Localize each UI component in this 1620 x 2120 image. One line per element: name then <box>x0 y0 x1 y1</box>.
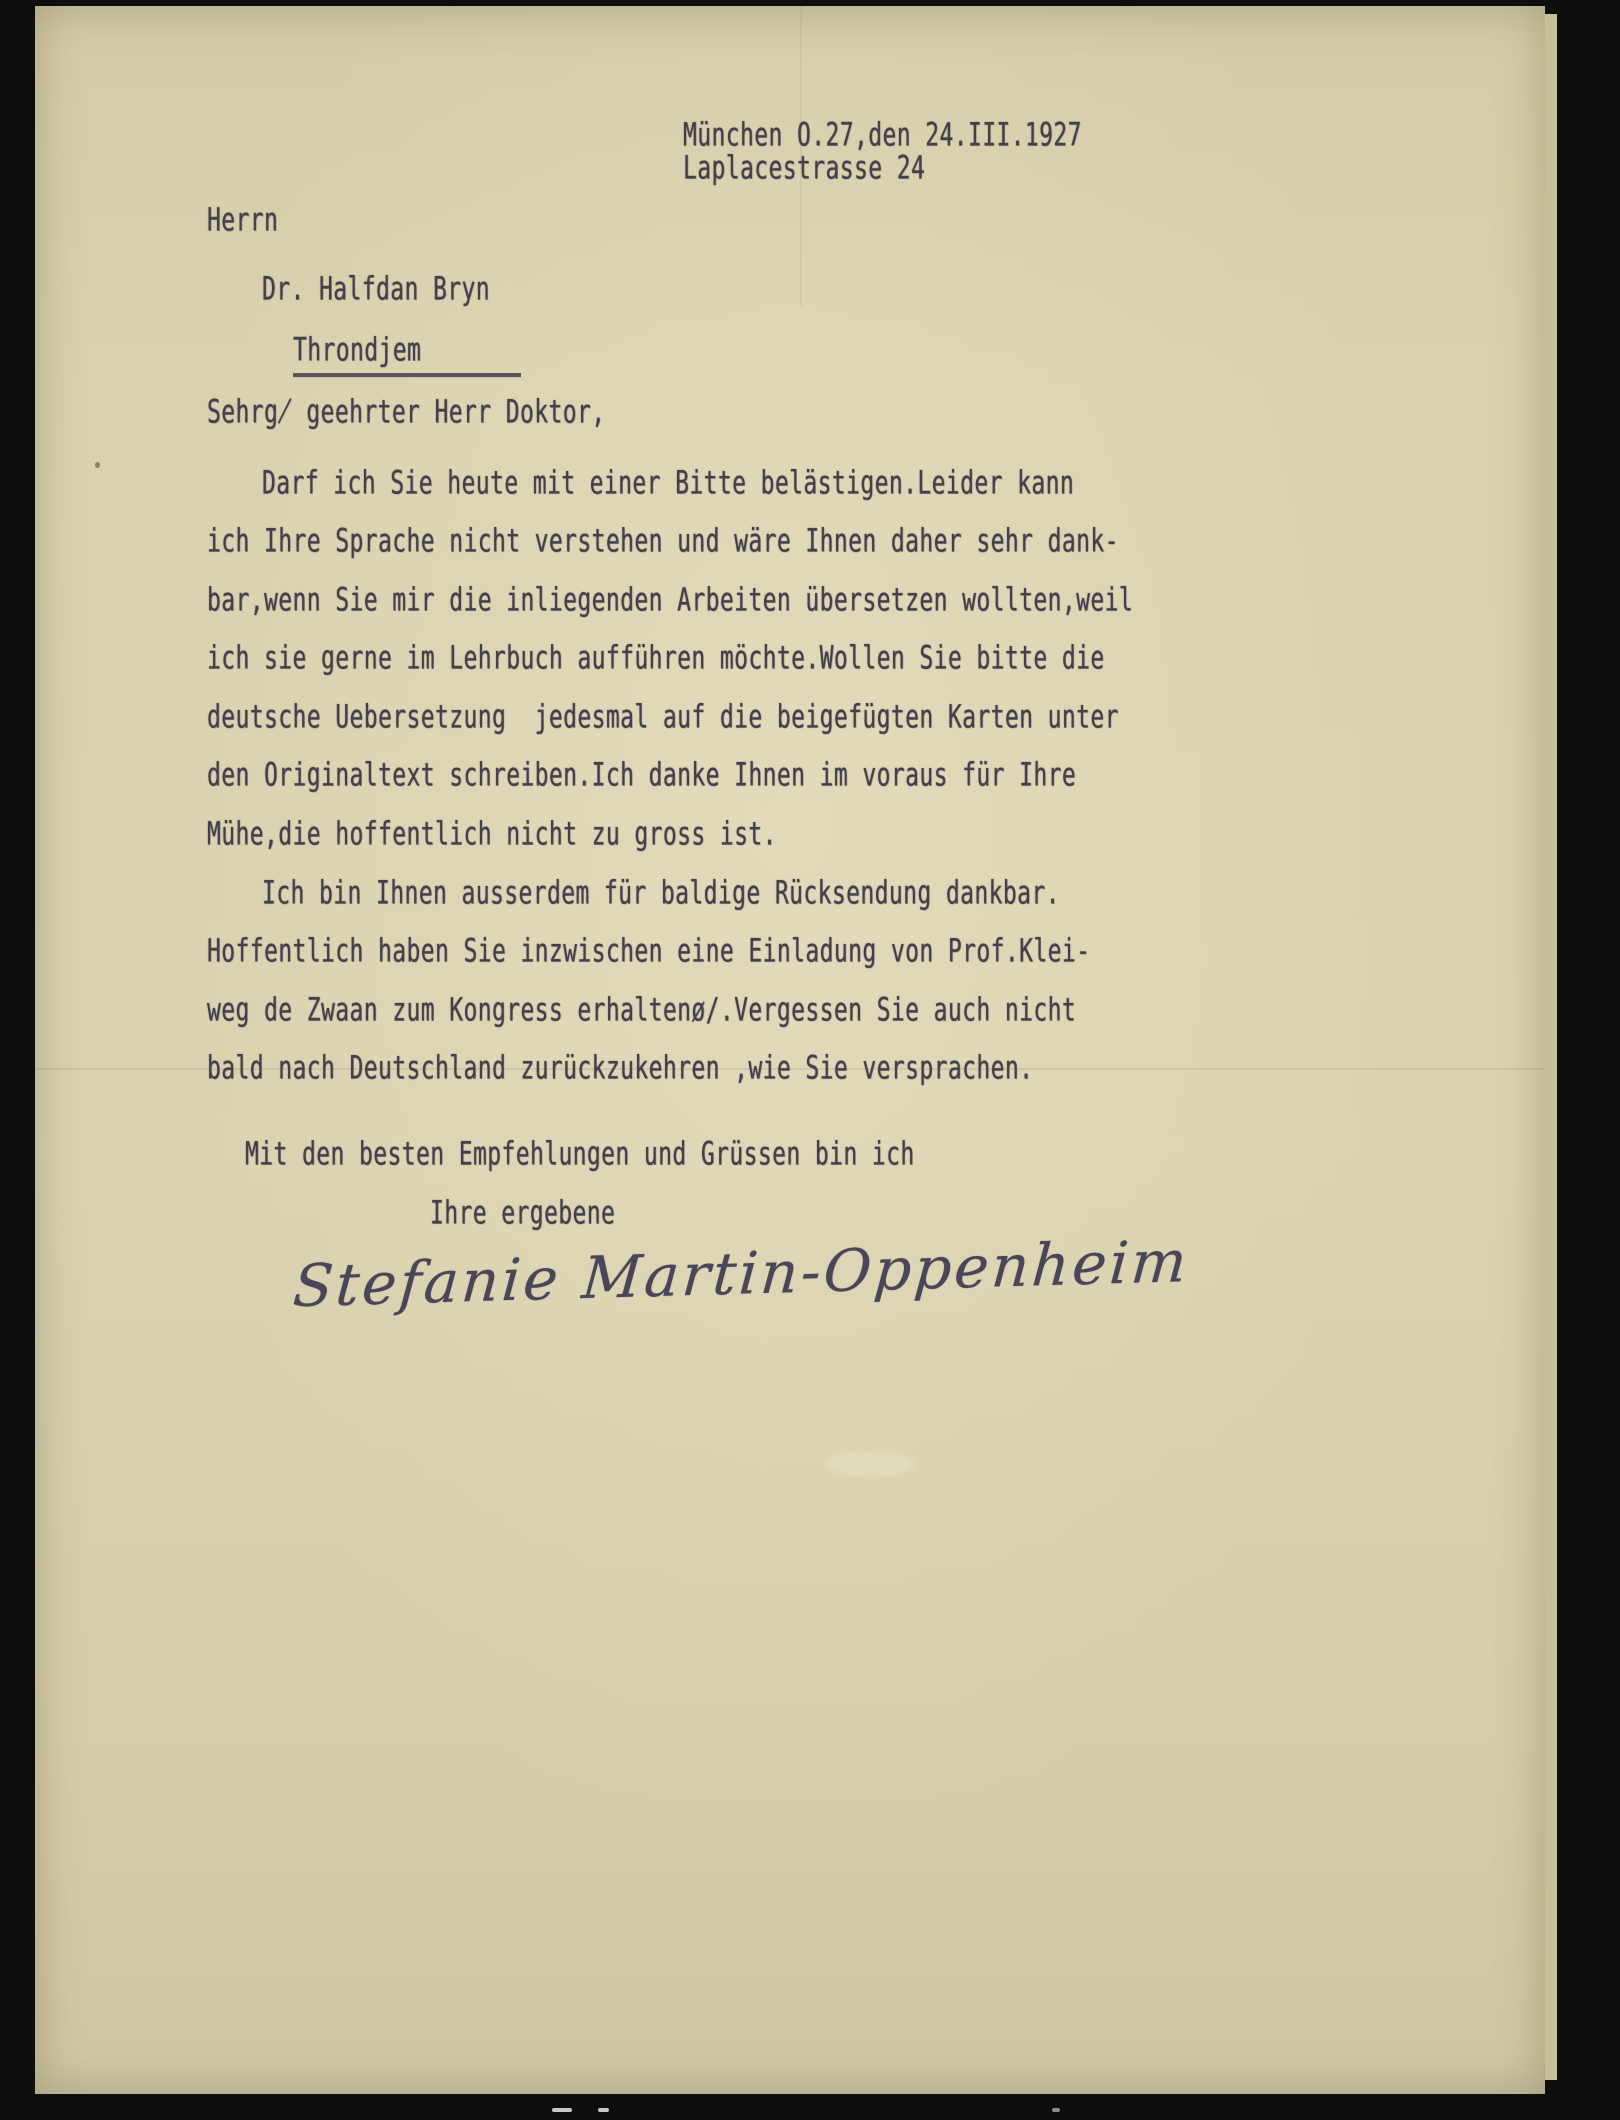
recipient-city: Throndjem <box>293 333 521 369</box>
body-line: Darf ich Sie heute mit einer Bitte beläs… <box>262 466 1074 502</box>
dateline-street: Laplacestrasse 24 <box>683 151 925 187</box>
body-line: ich Ihre Sprache nicht verstehen und wär… <box>207 524 1119 560</box>
body-line: Mühe,die hoffentlich nicht zu gross ist. <box>207 817 777 853</box>
body-line: Hoffentlich haben Sie inzwischen eine Ei… <box>207 934 1090 970</box>
letter-text-layer: München O.27,den 24.III.1927 Laplacestra… <box>0 0 1620 2120</box>
scan-background: München O.27,den 24.III.1927 Laplacestra… <box>0 0 1620 2120</box>
body-line: den Originaltext schreiben.Ich danke Ihn… <box>207 758 1076 794</box>
dateline-place-date: München O.27,den 24.III.1927 <box>683 118 1082 154</box>
valediction: Ihre ergebene <box>430 1196 615 1232</box>
body-line: ich sie gerne im Lehrbuch aufführen möch… <box>207 641 1105 677</box>
body-line: bar,wenn Sie mir die inliegenden Arbeite… <box>207 583 1133 619</box>
recipient-city-underlined: Throndjem <box>293 333 521 377</box>
closing-line: Mit den besten Empfehlungen und Grüssen … <box>245 1137 915 1173</box>
body-line: bald nach Deutschland zurückzukehren ,wi… <box>207 1051 1033 1087</box>
salutation: Sehrg̸ geehrter Herr Doktor, <box>207 395 606 431</box>
recipient-name: Dr. Halfdan Bryn <box>262 272 490 308</box>
body-line: deutsche Uebersetzung jedesmal auf die b… <box>207 700 1119 736</box>
handwritten-signature: Stefanie Martin-Oppenheim <box>291 1227 1192 1320</box>
body-line: Ich bin Ihnen ausserdem für baldige Rück… <box>262 876 1060 912</box>
body-line: weg de Zwaan zum Kongress erhaltenø/.Ver… <box>207 993 1076 1029</box>
recipient-herrn: Herrn <box>207 203 278 239</box>
